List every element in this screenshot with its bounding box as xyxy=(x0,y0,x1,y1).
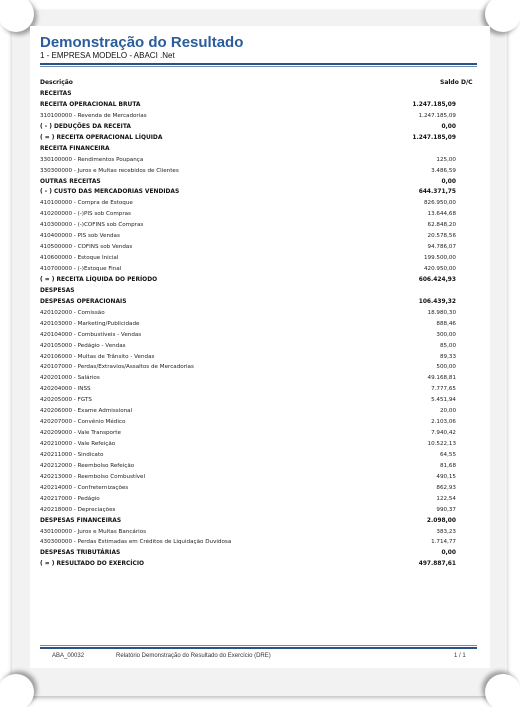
row-description: DESPESAS TRIBUTÁRIAS xyxy=(40,548,120,559)
row-description: 420103000 - Marketing/Publicidade xyxy=(40,319,139,330)
row-description: 420218000 - Depreciações xyxy=(40,505,115,516)
table-row-group: RECEITA FINANCEIRA xyxy=(40,144,480,155)
row-description: 330300000 - Juros e Multas recebidos de … xyxy=(40,166,179,177)
table-row-group: DESPESAS FINANCEIRAS2.098,00 xyxy=(40,516,480,527)
row-description: 420210000 - Vale Refeição xyxy=(40,439,115,450)
table-row: 410300000 - (-)COFINS sob Compras62.848,… xyxy=(40,220,480,231)
row-description: 410500000 - COFINS sob Vendas xyxy=(40,242,132,253)
row-description: 420206000 - Exame Admissional xyxy=(40,406,132,417)
row-description: ( - ) CUSTO DAS MERCADORIAS VENDIDAS xyxy=(40,187,179,198)
row-value: 888,46 xyxy=(436,319,456,330)
row-description: ( = ) RECEITA LÍQUIDA DO PERÍODO xyxy=(40,275,157,286)
table-row-group: RECEITAS xyxy=(40,89,480,100)
row-value: 7.940,42 xyxy=(431,428,456,439)
row-value: 1.247.185,09 xyxy=(419,111,456,122)
footer-report-name: Relatório Demonstração do Resultado do E… xyxy=(116,653,271,659)
row-value: 199.500,00 xyxy=(424,253,456,264)
row-description: 420204000 - INSS xyxy=(40,384,91,395)
row-value: 122,54 xyxy=(436,494,456,505)
row-value: 5.451,94 xyxy=(431,395,456,406)
table-row-group: DESPESAS xyxy=(40,286,480,297)
row-value: 7.777,65 xyxy=(431,384,456,395)
page-curl-top-left xyxy=(0,0,34,32)
table-row-group: OUTRAS RECEITAS0,00 xyxy=(40,177,480,188)
row-value: 420.950,00 xyxy=(424,264,456,275)
header-rule-thin xyxy=(40,66,477,67)
table-row: 410700000 - (-)Estoque Final420.950,00 xyxy=(40,264,480,275)
table-row: 420217000 - Pedágio122,54 xyxy=(40,494,480,505)
row-value: 85,00 xyxy=(440,341,456,352)
footer-report-code: ABA_00032 xyxy=(52,653,84,659)
row-value: 606.424,93 xyxy=(419,275,456,286)
row-description: 420214000 - Confreternizações xyxy=(40,483,128,494)
row-value: 49.168,81 xyxy=(428,373,456,384)
table-row: 430300000 - Perdas Estimadas em Créditos… xyxy=(40,537,480,548)
row-value: 383,23 xyxy=(436,527,456,538)
row-description: 420104000 - Combustíveis - Vendas xyxy=(40,330,141,341)
row-description: 420205000 - FGTS xyxy=(40,395,92,406)
row-description: 420213000 - Reembolso Combustível xyxy=(40,472,145,483)
row-description: 420201000 - Salários xyxy=(40,373,100,384)
table-row: 420207000 - Convênio Médico2.103,06 xyxy=(40,417,480,428)
table-row: 410100000 - Compra de Estoque826.950,00 xyxy=(40,198,480,209)
table-row: 410200000 - (-)PIS sob Compras13.644,68 xyxy=(40,209,480,220)
table-row-group: ( - ) DEDUÇÕES DA RECEITA0,00 xyxy=(40,122,480,133)
row-value: 0,00 xyxy=(441,177,456,188)
table-row-group: RECEITA OPERACIONAL BRUTA1.247.185,09 xyxy=(40,100,480,111)
table-row: 420107000 - Perdas/Extravios/Assaltos de… xyxy=(40,362,480,373)
row-value: 20,00 xyxy=(440,406,456,417)
table-row: 420209000 - Vale Transporte7.940,42 xyxy=(40,428,480,439)
row-description: DESPESAS xyxy=(40,286,75,297)
row-value: 300,00 xyxy=(436,330,456,341)
report-title: Demonstração do Resultado xyxy=(40,34,243,51)
row-value: 1.247.185,09 xyxy=(412,133,456,144)
footer-rule-thin xyxy=(40,645,477,646)
row-description: 420107000 - Perdas/Extravios/Assaltos de… xyxy=(40,362,194,373)
column-header-description: Descrição xyxy=(40,79,73,86)
row-description: 420217000 - Pedágio xyxy=(40,494,100,505)
table-row: 420102000 - Comissão18.980,30 xyxy=(40,308,480,319)
row-value: 0,00 xyxy=(441,548,456,559)
table-row: 420104000 - Combustíveis - Vendas300,00 xyxy=(40,330,480,341)
table-row: 420201000 - Salários49.168,81 xyxy=(40,373,480,384)
column-header-dc: D/C xyxy=(461,79,473,86)
table-row-group: DESPESAS TRIBUTÁRIAS0,00 xyxy=(40,548,480,559)
table-row: 420210000 - Vale Refeição10.522,13 xyxy=(40,439,480,450)
row-value: 106.439,32 xyxy=(419,297,456,308)
row-value: 500,00 xyxy=(436,362,456,373)
row-value: 2.103,06 xyxy=(431,417,456,428)
row-description: 420211000 - Sindicato xyxy=(40,450,103,461)
column-header-balance: Saldo xyxy=(440,79,459,86)
row-value: 10.522,13 xyxy=(428,439,456,450)
row-description: ( = ) RECEITA OPERACIONAL LÍQUIDA xyxy=(40,133,162,144)
table-row: 420106000 - Multas de Trânsito - Vendas8… xyxy=(40,352,480,363)
table-row: 420214000 - Confreternizações862,93 xyxy=(40,483,480,494)
page-curl-top-right xyxy=(485,0,520,32)
row-value: 2.098,00 xyxy=(427,516,456,527)
footer-rule xyxy=(40,647,477,649)
row-value: 1.247.185,09 xyxy=(412,100,456,111)
row-description: RECEITAS xyxy=(40,89,71,100)
row-value: 990,37 xyxy=(436,505,456,516)
row-value: 20.578,56 xyxy=(428,231,456,242)
row-description: RECEITA OPERACIONAL BRUTA xyxy=(40,100,140,111)
table-row: 330100000 - Rendimentos Poupança125,00 xyxy=(40,155,480,166)
table-row-group: ( - ) CUSTO DAS MERCADORIAS VENDIDAS644.… xyxy=(40,187,480,198)
row-description: 410200000 - (-)PIS sob Compras xyxy=(40,209,131,220)
row-value: 3.486,59 xyxy=(431,166,456,177)
row-value: 862,93 xyxy=(436,483,456,494)
row-description: 420106000 - Multas de Trânsito - Vendas xyxy=(40,352,154,363)
row-description: DESPESAS FINANCEIRAS xyxy=(40,516,121,527)
row-description: 410400000 - PIS sob Vendas xyxy=(40,231,120,242)
page-curl-bottom-left xyxy=(0,674,34,707)
table-row: 420211000 - Sindicato64,55 xyxy=(40,450,480,461)
row-value: 826.950,00 xyxy=(424,198,456,209)
row-description: 410100000 - Compra de Estoque xyxy=(40,198,133,209)
row-description: 410600000 - Estoque Inicial xyxy=(40,253,118,264)
row-description: 410300000 - (-)COFINS sob Compras xyxy=(40,220,143,231)
page-curl-bottom-right xyxy=(485,674,520,707)
row-value: 490,15 xyxy=(436,472,456,483)
table-row-group: ( = ) RECEITA OPERACIONAL LÍQUIDA1.247.1… xyxy=(40,133,480,144)
table-row-group: DESPESAS OPERACIONAIS106.439,32 xyxy=(40,297,480,308)
row-description: 420212000 - Reembolso Refeição xyxy=(40,461,134,472)
row-description: 430300000 - Perdas Estimadas em Créditos… xyxy=(40,537,231,548)
table-row: 430100000 - Juros e Multas Bancários383,… xyxy=(40,527,480,538)
table-row: 410600000 - Estoque Inicial199.500,00 xyxy=(40,253,480,264)
table-row: 310100000 - Revenda de Mercadorias1.247.… xyxy=(40,111,480,122)
row-value: 94.786,07 xyxy=(428,242,456,253)
row-value: 64,55 xyxy=(440,450,456,461)
row-description: ( = ) RESULTADO DO EXERCÍCIO xyxy=(40,559,144,570)
report-table: RECEITASRECEITA OPERACIONAL BRUTA1.247.1… xyxy=(40,89,480,570)
table-row: 420103000 - Marketing/Publicidade888,46 xyxy=(40,319,480,330)
table-row: 420205000 - FGTS5.451,94 xyxy=(40,395,480,406)
table-row: 420212000 - Reembolso Refeição81,68 xyxy=(40,461,480,472)
row-description: 310100000 - Revenda de Mercadorias xyxy=(40,111,147,122)
row-description: 410700000 - (-)Estoque Final xyxy=(40,264,121,275)
row-description: 420105000 - Pedágio - Vendas xyxy=(40,341,126,352)
row-description: DESPESAS OPERACIONAIS xyxy=(40,297,126,308)
row-value: 0,00 xyxy=(441,122,456,133)
row-description: 420209000 - Vale Transporte xyxy=(40,428,121,439)
table-row-group: ( = ) RESULTADO DO EXERCÍCIO497.887,61 xyxy=(40,559,480,570)
row-value: 497.887,61 xyxy=(419,559,456,570)
row-description: ( - ) DEDUÇÕES DA RECEITA xyxy=(40,122,131,133)
table-row: 420204000 - INSS7.777,65 xyxy=(40,384,480,395)
row-value: 644.371,75 xyxy=(419,187,456,198)
table-row: 420105000 - Pedágio - Vendas85,00 xyxy=(40,341,480,352)
table-row: 410500000 - COFINS sob Vendas94.786,07 xyxy=(40,242,480,253)
row-value: 81,68 xyxy=(440,461,456,472)
table-row: 330300000 - Juros e Multas recebidos de … xyxy=(40,166,480,177)
row-description: OUTRAS RECEITAS xyxy=(40,177,101,188)
table-row: 420218000 - Depreciações990,37 xyxy=(40,505,480,516)
row-value: 62.848,20 xyxy=(428,220,456,231)
footer-page-number: 1 / 1 xyxy=(454,653,466,659)
row-value: 125,00 xyxy=(436,155,456,166)
row-description: RECEITA FINANCEIRA xyxy=(40,144,110,155)
table-row: 410400000 - PIS sob Vendas20.578,56 xyxy=(40,231,480,242)
table-row-group: ( = ) RECEITA LÍQUIDA DO PERÍODO606.424,… xyxy=(40,275,480,286)
row-description: 420207000 - Convênio Médico xyxy=(40,417,125,428)
table-row: 420206000 - Exame Admissional20,00 xyxy=(40,406,480,417)
row-value: 18.980,30 xyxy=(428,308,456,319)
company-name: 1 - EMPRESA MODELO - ABACI .Net xyxy=(40,51,175,60)
row-value: 1.714,77 xyxy=(431,537,456,548)
row-value: 13.644,68 xyxy=(428,209,456,220)
header-rule xyxy=(40,63,477,65)
row-description: 420102000 - Comissão xyxy=(40,308,105,319)
row-value: 89,33 xyxy=(440,352,456,363)
row-description: 330100000 - Rendimentos Poupança xyxy=(40,155,143,166)
row-description: 430100000 - Juros e Multas Bancários xyxy=(40,527,146,538)
table-row: 420213000 - Reembolso Combustível490,15 xyxy=(40,472,480,483)
